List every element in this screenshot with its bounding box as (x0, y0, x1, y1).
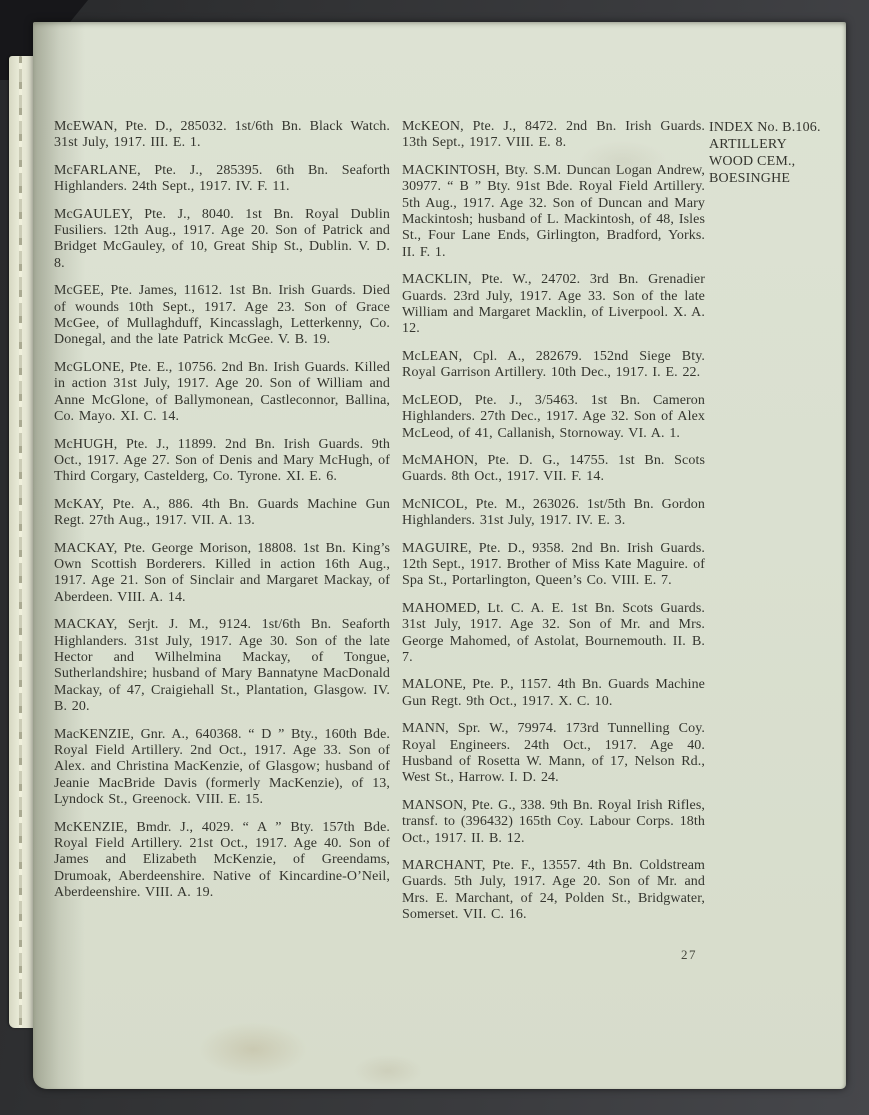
book-page: McEWAN, Pte. D., 285032. 1st/6th Bn. Bla… (33, 22, 846, 1089)
register-entry: MANSON, Pte. G., 338. 9th Bn. Royal Iris… (402, 798, 705, 847)
register-entry: McGEE, Pte. James, 11612. 1st Bn. Irish … (54, 283, 390, 349)
register-entry: McKEON, Pte. J., 8472. 2nd Bn. Irish Gua… (402, 119, 705, 152)
register-entry: MacKENZIE, Gnr. A., 640368. “ D ” Bty., … (54, 727, 390, 809)
paper-stain (353, 1054, 423, 1088)
register-entry: MACKLIN, Pte. W., 24702. 3rd Bn. Grenadi… (402, 272, 705, 338)
register-entry: MACKINTOSH, Bty. S.M. Duncan Logan Andre… (402, 163, 705, 261)
register-entry: McNICOL, Pte. M., 263026. 1st/5th Bn. Go… (402, 497, 705, 530)
register-entry: McLEOD, Pte. J., 3/5463. 1st Bn. Cameron… (402, 393, 705, 442)
register-entry: McLEAN, Cpl. A., 282679. 152nd Siege Bty… (402, 349, 705, 382)
register-entry: MACKAY, Serjt. J. M., 9124. 1st/6th Bn. … (54, 617, 390, 715)
paper-stain (198, 1022, 308, 1077)
cemetery-name-line: BOESINGHE (709, 170, 845, 187)
register-entry: MANN, Spr. W., 79974. 173rd Tunnelling C… (402, 721, 705, 787)
index-number: INDEX No. B.106. (709, 119, 845, 136)
register-entry: MARCHANT, Pte. F., 13557. 4th Bn. Coldst… (402, 858, 705, 924)
register-entry: MACKAY, Pte. George Morison, 18808. 1st … (54, 541, 390, 607)
register-entry: McHUGH, Pte. J., 11899. 2nd Bn. Irish Gu… (54, 437, 390, 486)
register-entry: McFARLANE, Pte. J., 285395. 6th Bn. Seaf… (54, 163, 390, 196)
register-entry: MAGUIRE, Pte. D., 9358. 2nd Bn. Irish Gu… (402, 541, 705, 590)
page-number: 27 (681, 947, 697, 963)
left-column: McEWAN, Pte. D., 285032. 1st/6th Bn. Bla… (54, 119, 390, 913)
register-entry: McEWAN, Pte. D., 285032. 1st/6th Bn. Bla… (54, 119, 390, 152)
scan-background: McEWAN, Pte. D., 285032. 1st/6th Bn. Bla… (0, 0, 869, 1115)
register-entry: McGAULEY, Pte. J., 8040. 1st Bn. Royal D… (54, 207, 390, 273)
binding-stitches (19, 56, 22, 1028)
index-header: INDEX No. B.106. ARTILLERY WOOD CEM., BO… (709, 119, 845, 187)
register-entry: MAHOMED, Lt. C. A. E. 1st Bn. Scots Guar… (402, 601, 705, 667)
right-column: McKEON, Pte. J., 8472. 2nd Bn. Irish Gua… (402, 119, 705, 935)
previous-page-edge (9, 56, 34, 1028)
cemetery-name-line: ARTILLERY (709, 136, 845, 153)
register-entry: McGLONE, Pte. E., 10756. 2nd Bn. Irish G… (54, 360, 390, 426)
register-entry: McKAY, Pte. A., 886. 4th Bn. Guards Mach… (54, 497, 390, 530)
register-entry: McMAHON, Pte. D. G., 14755. 1st Bn. Scot… (402, 453, 705, 486)
register-entry: MALONE, Pte. P., 1157. 4th Bn. Guards Ma… (402, 677, 705, 710)
cemetery-name-line: WOOD CEM., (709, 153, 845, 170)
register-entry: McKENZIE, Bmdr. J., 4029. “ A ” Bty. 157… (54, 820, 390, 902)
